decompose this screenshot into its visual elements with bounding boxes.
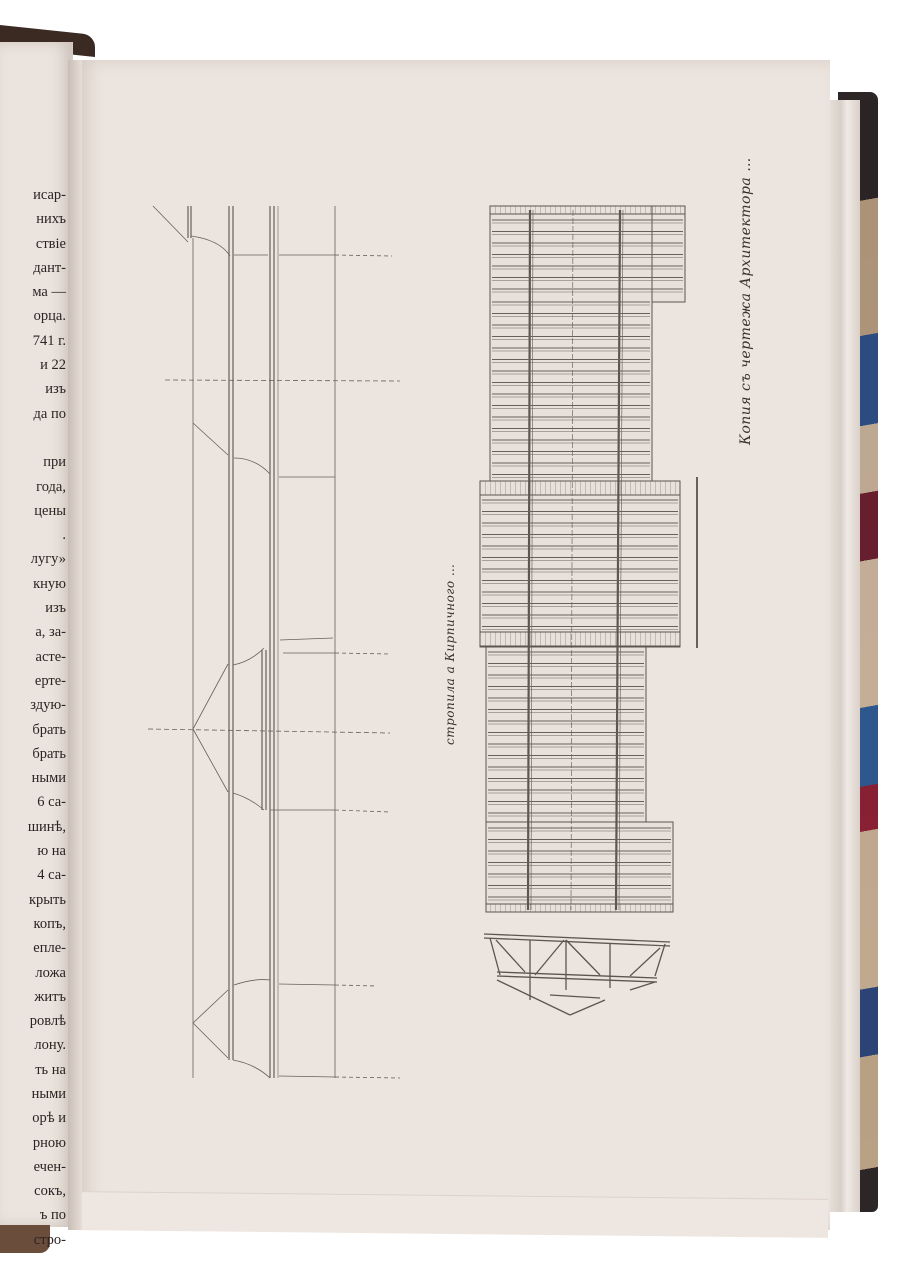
architectural-drawings bbox=[0, 0, 923, 1280]
truss-detail bbox=[484, 934, 670, 1015]
roof-elevation-drawing bbox=[148, 206, 400, 1078]
plate-caption-plan: Копия съ чертежа Архитектора … bbox=[738, 157, 754, 445]
roof-framing-plan bbox=[480, 206, 685, 912]
plate-caption-elevation: стропила а Кирпичного … bbox=[443, 564, 457, 745]
